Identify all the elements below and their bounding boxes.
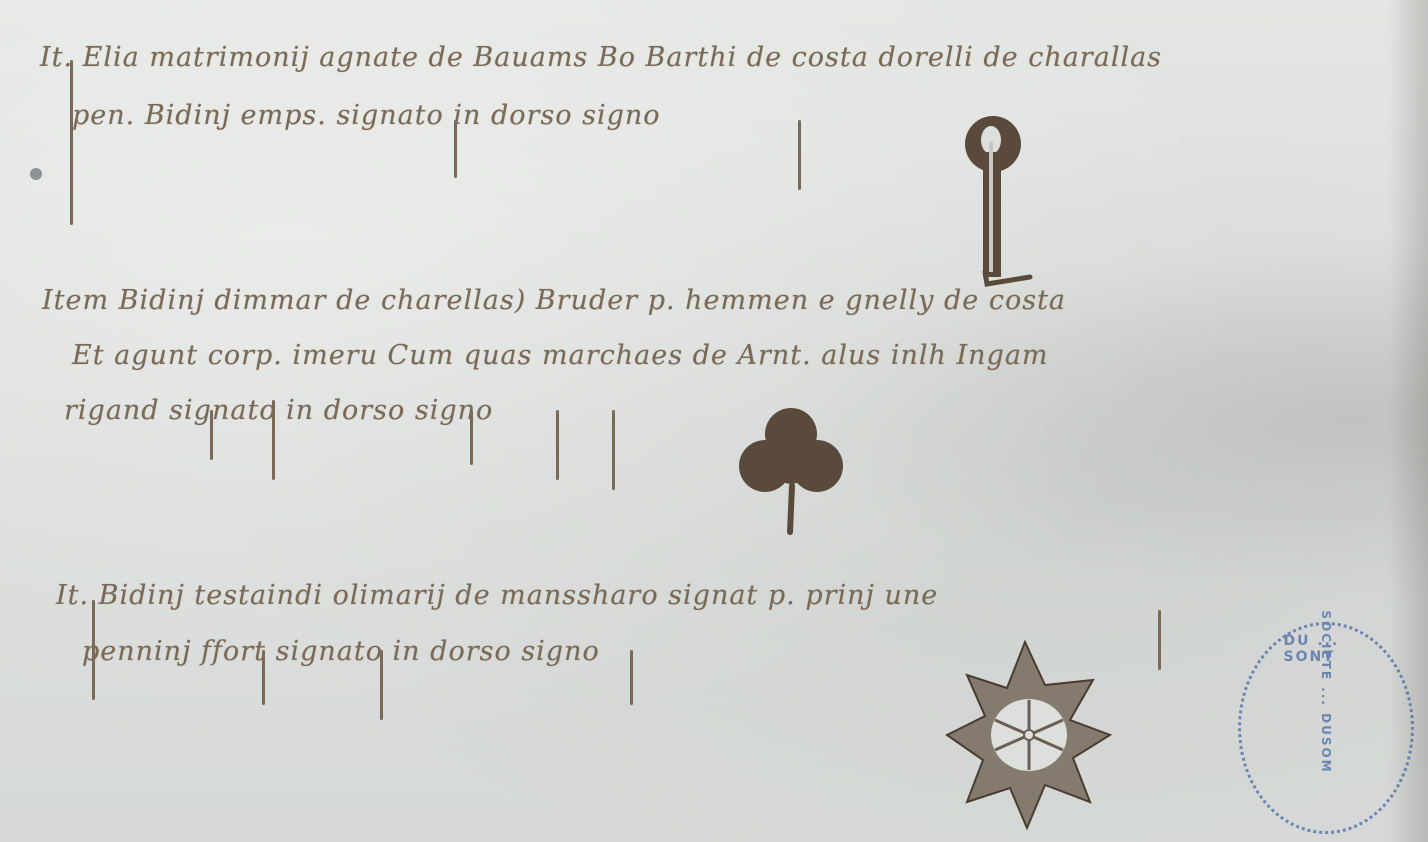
- entry-1-line-1: It. Elia matrimonij agnate de Bauams Bo …: [40, 42, 1162, 73]
- descender: [470, 410, 473, 465]
- descender: [556, 410, 559, 480]
- descender: [380, 650, 383, 720]
- initial-descender: [92, 600, 95, 700]
- descender: [210, 410, 213, 460]
- descender: [612, 410, 615, 490]
- trefoil-sign-icon: [735, 400, 850, 540]
- entry-2-line-2: Et agunt corp. imeru Cum quas marchaes d…: [72, 340, 1049, 371]
- initial-descender: [70, 60, 73, 225]
- descender: [798, 120, 801, 190]
- star-wheel-sign-icon: [945, 640, 1115, 830]
- archive-stamp: DU ... SONT SOCIETE ... DUSOM: [1238, 622, 1414, 834]
- descender: [272, 400, 275, 480]
- binding-hole: [30, 168, 42, 180]
- descender: [630, 650, 633, 705]
- entry-1-line-2: pen. Bidinj emps. signato in dorso signo: [72, 100, 661, 131]
- entry-3-line-2: penninj ffort signato in dorso signo: [82, 636, 600, 667]
- stamp-inner-text: SOCIETE ... DUSOM: [1319, 610, 1333, 773]
- entry-2-line-1: Item Bidinj dimmar de charellas) Bruder …: [42, 285, 1066, 316]
- descender: [454, 120, 457, 178]
- descender: [262, 650, 265, 705]
- descender: [1158, 610, 1161, 670]
- entry-2-line-3: rigand signato in dorso signo: [64, 395, 493, 426]
- key-sign-icon: [955, 112, 1035, 292]
- entry-3-line-1: It. Bidinj testaindi olimarij de manssha…: [56, 580, 938, 611]
